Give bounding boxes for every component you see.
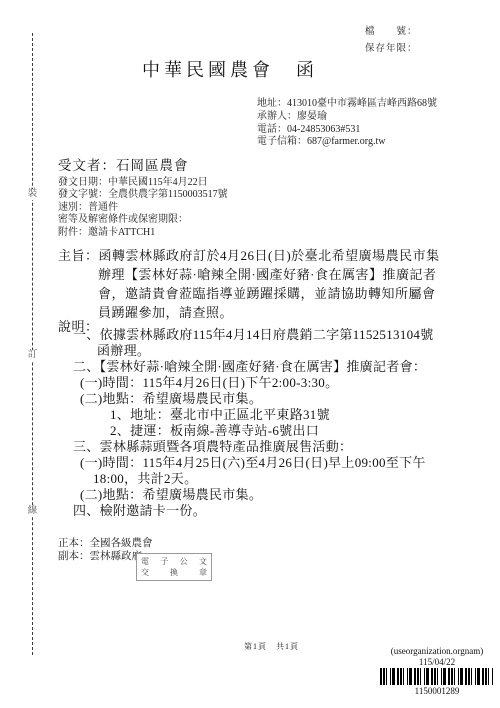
sender-email: 電子信箱：687@farmer.org.tw [257,136,437,149]
explanation-item-3-1-cont: 18:00，共計2天。 [93,471,488,487]
attachment-note: 附件：邀請卡ATTCH1 [58,227,228,239]
issue-date: 發文日期：中華民國115年4月22日 [58,177,228,189]
explanation-item-3: 三、雲林縣蒜頭暨各項農特產品推廣展售活動： [73,439,488,455]
explanation-item-1: 一、依據雲林縣政府115年4月14日府農銷二字第1152513104號 [73,327,488,343]
sender-contact-person: 承辦人：廖晏瑜 [257,111,437,124]
binding-mark-ding: 訂 [25,350,40,361]
explanation-item-2-1: (一)時間：115年4月26日(日)下午2:00-3:30。 [80,375,488,391]
speed-class: 速別：普通件 [58,202,228,214]
subject-line: 員踴躍參加，請查照。 [98,303,478,322]
issue-number: 發文字號：全農供農字第1150003517號 [58,189,228,201]
recipient-line: 受文者：石岡區農會 [58,154,189,174]
electronic-exchange-stamp: 電子公文 交換章 [136,553,212,581]
sender-address: 地址：413010臺中市霧峰區吉峰西路68號 [257,98,437,111]
binding-mark-xian: 線 [25,506,40,517]
explanation-item-2-2-2: 2、捷運：板南線-善導寺站-6號出口 [110,423,488,439]
barcode-image [380,668,494,685]
page-number-info: 第1頁 共1頁 [244,641,299,652]
explanation-item-2: 二、【雲林好蒜·嗆辣全開·國產好豬·食在厲害】推廣記者會： [73,359,488,375]
explanation-item-2-2-1: 1、地址：臺北市中正區北平東路31號 [110,407,488,423]
org-placeholder-note: (useorganization.orgnam) [376,646,498,657]
stamp-line-2: 交換章 [141,567,207,578]
subject-paragraph: 主旨：函轉雲林縣政府訂於4月26日(日)於臺北希望廣場農民市集 辦理【雲林好蒜·… [58,246,478,322]
binding-dashed-line [32,33,33,655]
barcode-block: (useorganization.orgnam) 115/04/22 11500… [376,646,498,697]
stamp-line-1: 電子公文 [141,556,207,567]
explanation-item-1-cont: 函辦理。 [97,343,488,359]
official-letter-page: { "doc": { "file_no_label": "檔 號：", "ret… [0,0,500,708]
explanation-item-3-1: (一)時間：115年4月25日(六)至4月26日(日)早上09:00至下午 [80,455,488,471]
archive-labels: 檔 號： 保存年限： [365,24,418,58]
subject-line: 主旨：函轉雲林縣政府訂於4月26日(日)於臺北希望廣場農民市集 [58,246,478,265]
binding-mark-zhuang: 裝 [25,189,40,200]
document-meta-block: 發文日期：中華民國115年4月22日 發文字號：全農供農字第1150003517… [58,177,228,239]
subject-line: 會，邀請貴會蒞臨指導並踴躍採購，並請協助轉知所屬會 [98,284,478,303]
barcode-date: 115/04/22 [376,657,498,668]
sender-contact-block: 地址：413010臺中市霧峰區吉峰西路68號 承辦人：廖晏瑜 電話：04-248… [257,98,437,149]
subject-line: 辦理【雲林好蒜·嗆辣全開·國產好豬·食在厲害】推廣記者 [98,265,478,284]
sender-phone: 電話：04-24853063#531 [257,124,437,137]
explanation-list: 一、依據雲林縣政府115年4月14日府農銷二字第1152513104號 函辦理。… [58,327,488,519]
barcode-number: 1150001289 [376,686,498,697]
explanation-item-2-2: (二)地點：希望廣場農民市集。 [80,391,488,407]
original-copy-line: 正本：全國各級農會 [58,538,153,551]
explanation-item-3-2: (二)地點：希望廣場農民市集。 [80,487,488,503]
secrecy-class: 密等及解密條件或保密期限： [58,214,228,226]
explanation-item-4: 四、檢附邀請卡一份。 [73,503,488,519]
file-number-label: 檔 號： [365,24,418,41]
document-title: 中華民國農會 函 [0,56,460,82]
